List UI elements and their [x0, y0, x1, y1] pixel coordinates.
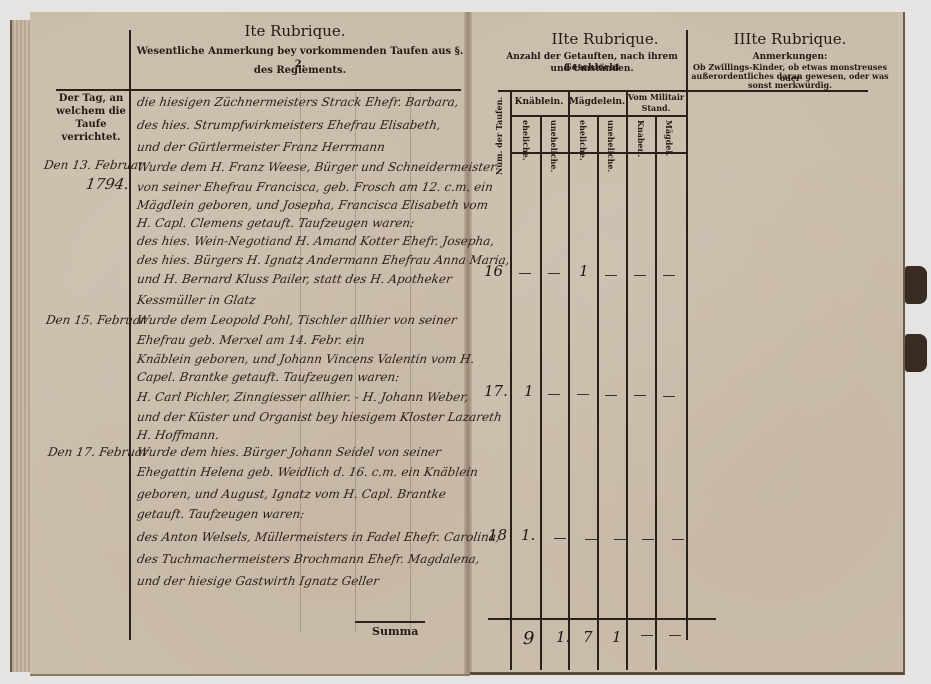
- book-gutter: [464, 12, 472, 674]
- open-baptism-register: Ite Rubrique. Wesentliche Anmerkung bey …: [0, 0, 931, 684]
- entry-2-date: Den 15. Februar: [45, 313, 147, 327]
- num-column-header: Num. der Taufen.: [494, 95, 504, 175]
- date-column-header: Der Tag, an welchem die Taufe verrichtet…: [52, 92, 130, 144]
- rubric-2-subtitle-2: und Umständen.: [492, 64, 692, 75]
- totals-rule: [488, 618, 716, 620]
- entry-1-year: 1794.: [85, 175, 130, 193]
- rubric-1-subtitle-2: des Reglements.: [135, 64, 465, 77]
- group-header-girls: Mägdelein.: [568, 97, 626, 108]
- rubric-1-title: Ite Rubrique.: [220, 22, 370, 40]
- leather-tab-2: [905, 334, 927, 372]
- summa-label: Summa: [372, 625, 418, 638]
- entry-3-date: Den 17. Februar: [47, 445, 149, 459]
- rubric-2-title: IIte Rubrique.: [530, 30, 680, 48]
- entry-1-date: Den 13. Februar: [43, 158, 145, 172]
- leather-tab-1: [905, 266, 927, 304]
- left-header-rule: [56, 89, 461, 91]
- summa-rule: [355, 621, 425, 623]
- group-header-military: Vom Militair Stand.: [626, 92, 686, 114]
- right-page: [470, 12, 905, 675]
- rubric-3-title: IIIte Rubrique.: [715, 30, 865, 48]
- group-header-boys: Knäblein.: [510, 97, 568, 108]
- rubric-3-divider: [686, 30, 688, 640]
